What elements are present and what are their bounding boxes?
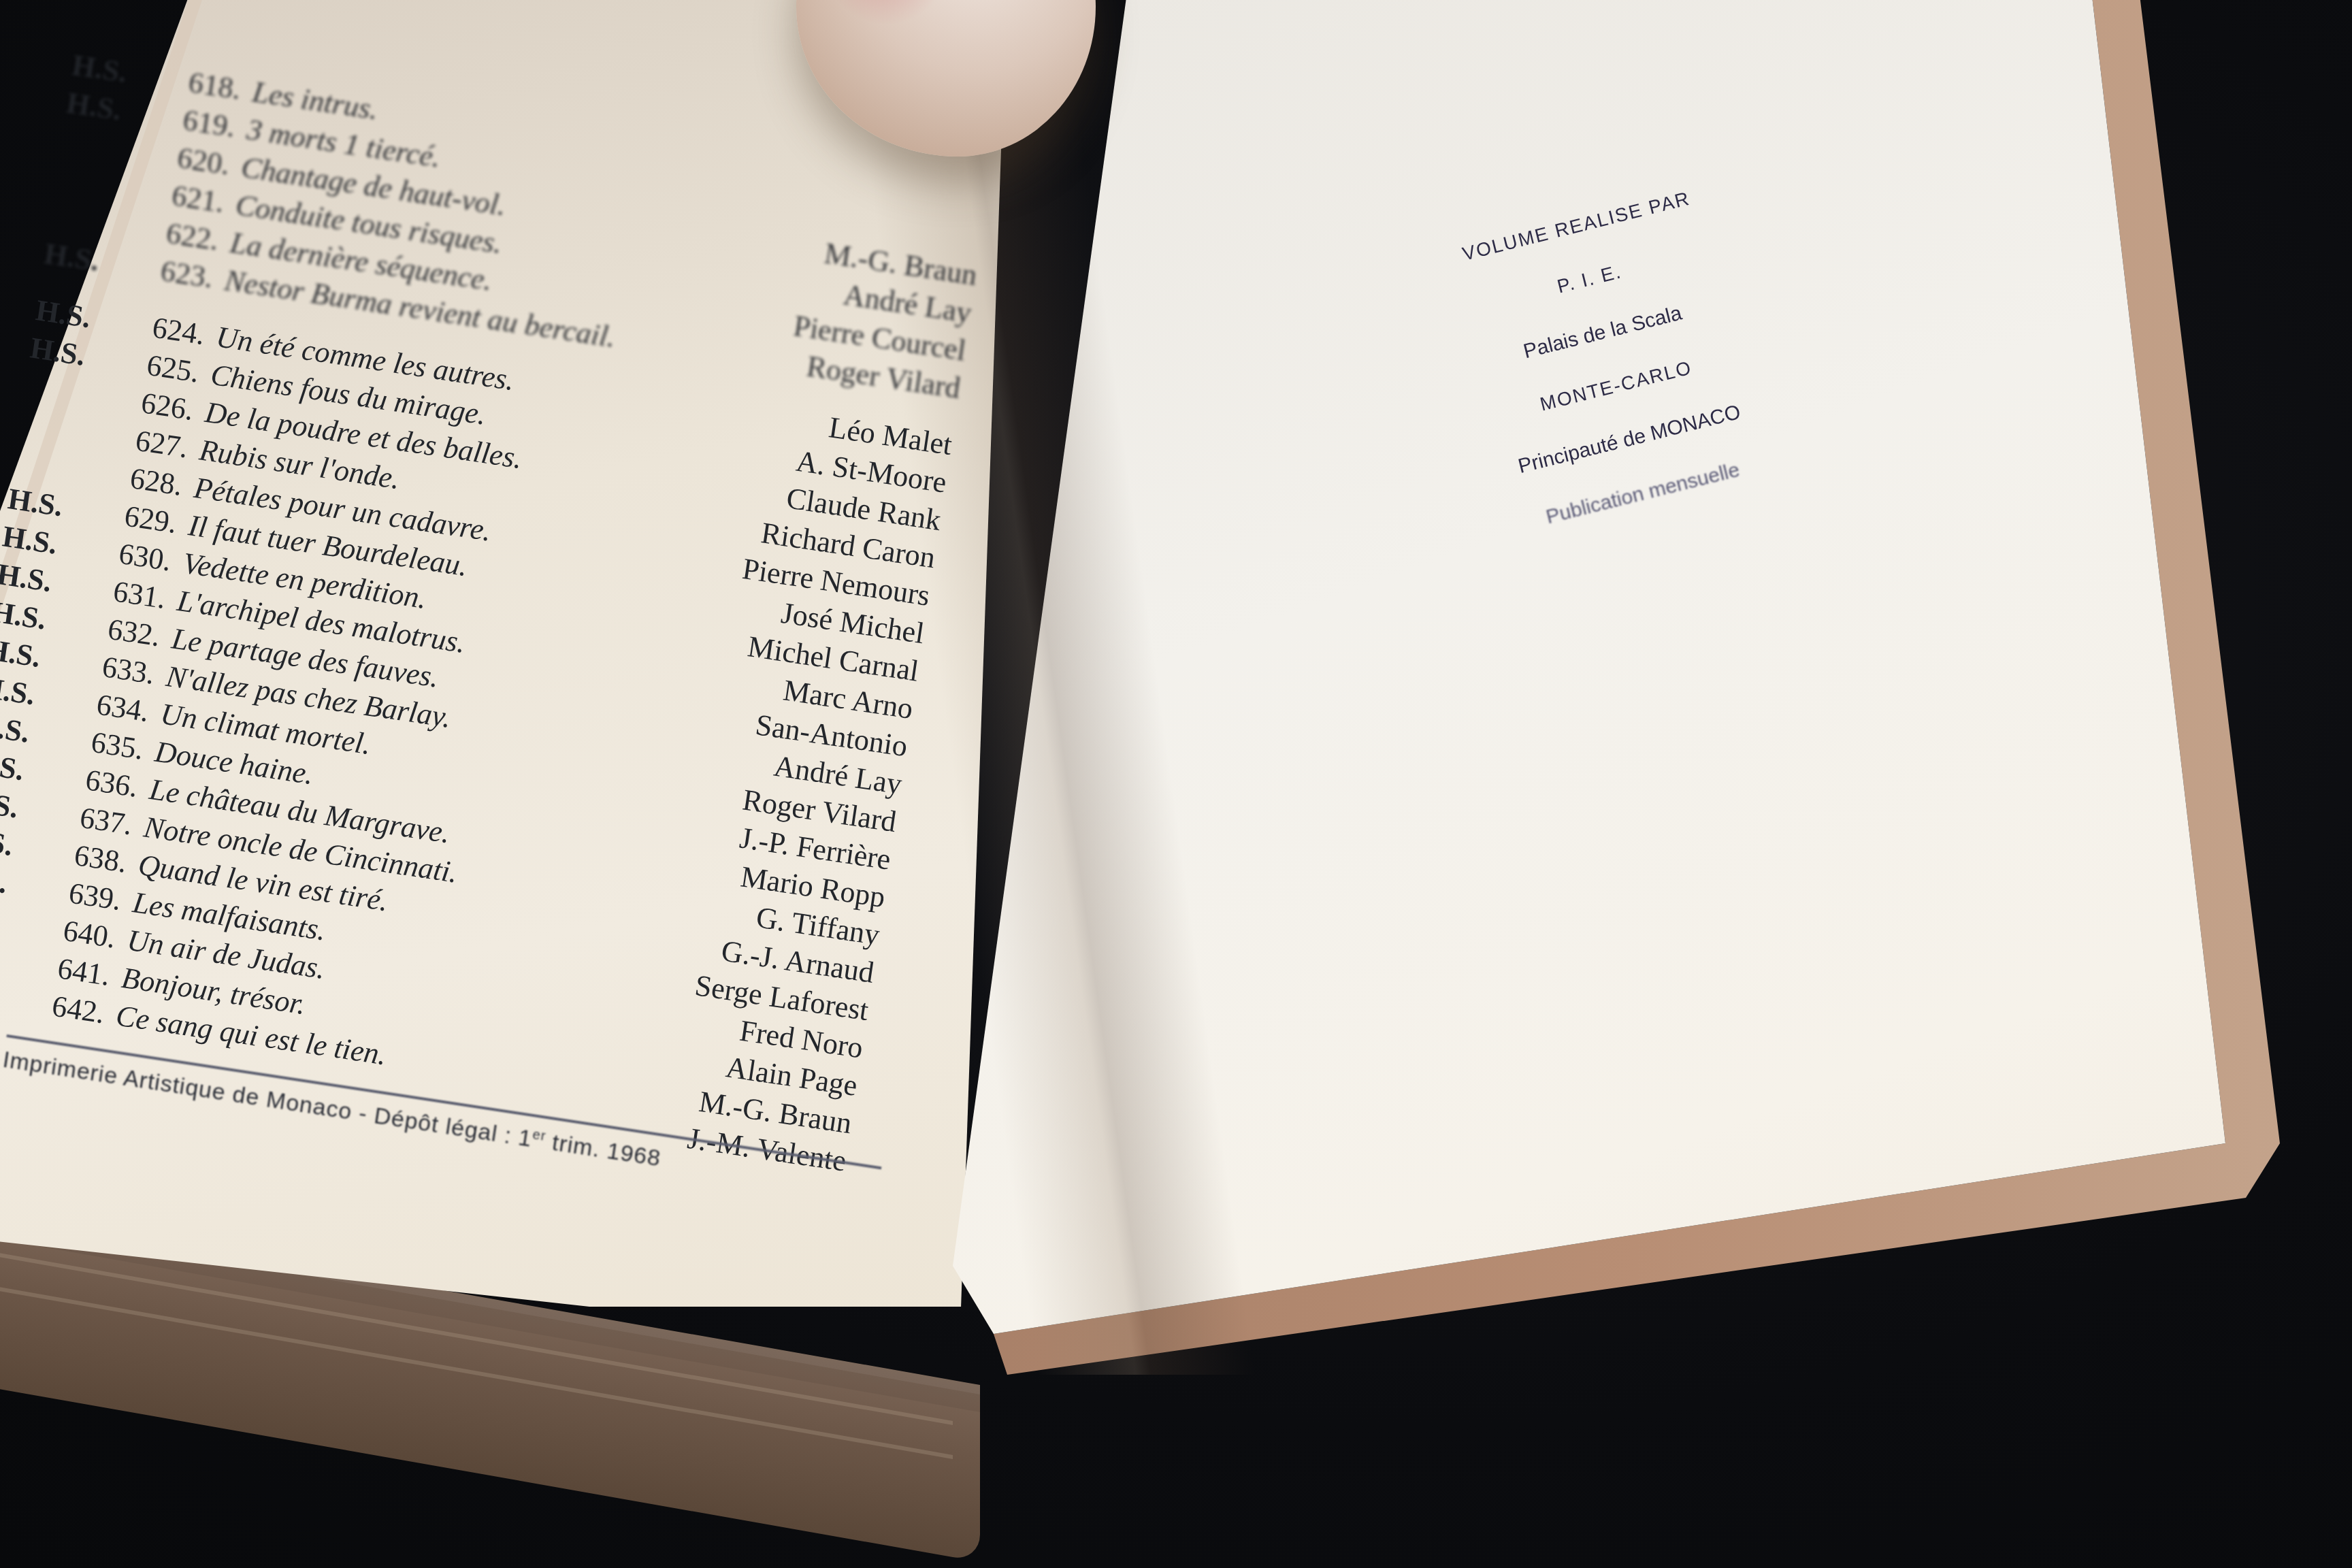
series-prefix xyxy=(54,188,135,200)
series-prefix xyxy=(12,470,93,483)
title-list: H.S.618.Les intrus. H.S.619.3 morts 1 ti… xyxy=(0,48,1004,1184)
series-prefix xyxy=(60,150,141,162)
series-prefix xyxy=(18,433,99,445)
series-prefix xyxy=(24,395,105,407)
book-photo: H.S.618.Les intrus. H.S.619.3 morts 1 ti… xyxy=(0,0,2352,1568)
series-prefix xyxy=(48,225,129,238)
